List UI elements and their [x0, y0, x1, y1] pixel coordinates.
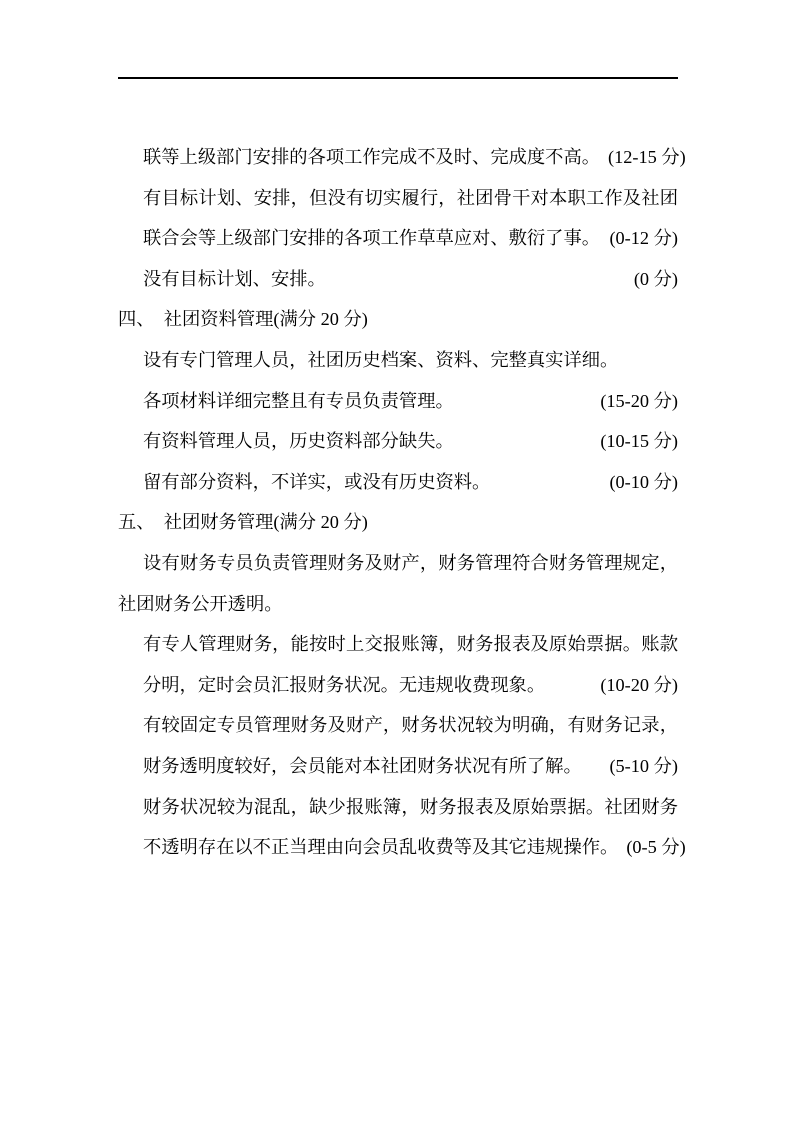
line-text: 分明，定时会员汇报财务状况。无违规收费现象。	[143, 665, 545, 706]
text-line: 没有目标计划、安排。(0 分)	[118, 259, 678, 300]
score-label: (12-15 分)	[608, 137, 686, 178]
header-rule	[118, 77, 678, 79]
line-text: 社团财务公开透明。	[118, 584, 283, 625]
line-text: 留有部分资料，不详实，或没有历史资料。	[143, 462, 490, 503]
line-text: 联合会等上级部门安排的各项工作草草应对、敷衍了事。	[143, 218, 600, 259]
line-text: 不透明存在以不正当理由向会员乱收费等及其它违规操作。	[143, 827, 618, 868]
line-text: 五、 社团财务管理(满分 20 分)	[118, 502, 368, 543]
document-page: 联等上级部门安排的各项工作完成不及时、完成度不高。(12-15 分)有目标计划、…	[0, 0, 793, 1122]
line-text: 有专人管理财务，能按时上交报账簿，财务报表及原始票据。账款	[143, 624, 678, 665]
text-line: 财务状况较为混乱，缺少报账簿，财务报表及原始票据。社团财务	[118, 787, 678, 828]
text-line: 财务透明度较好，会员能对本社团财务状况有所了解。(5-10 分)	[118, 746, 678, 787]
text-line: 联合会等上级部门安排的各项工作草草应对、敷衍了事。(0-12 分)	[118, 218, 678, 259]
line-text: 四、 社团资料管理(满分 20 分)	[118, 299, 368, 340]
text-line: 各项材料详细完整且有专员负责管理。(15-20 分)	[118, 381, 678, 422]
text-line: 留有部分资料，不详实，或没有历史资料。(0-10 分)	[118, 462, 678, 503]
line-text: 有目标计划、安排，但没有切实履行，社团骨干对本职工作及社团	[143, 178, 678, 219]
text-line: 有目标计划、安排，但没有切实履行，社团骨干对本职工作及社团	[118, 178, 678, 219]
line-text: 各项材料详细完整且有专员负责管理。	[143, 381, 454, 422]
score-label: (5-10 分)	[609, 746, 678, 787]
line-text: 没有目标计划、安排。	[143, 259, 326, 300]
text-line: 社团财务公开透明。	[118, 584, 678, 625]
text-line: 设有财务专员负责管理财务及财产，财务管理符合财务管理规定，	[118, 543, 678, 584]
section-heading: 五、 社团财务管理(满分 20 分)	[118, 502, 678, 543]
line-text: 有资料管理人员，历史资料部分缺失。	[143, 421, 454, 462]
line-text: 设有专门管理人员，社团历史档案、资料、完整真实详细。	[143, 340, 618, 381]
score-label: (10-15 分)	[600, 421, 678, 462]
score-label: (0-12 分)	[609, 218, 678, 259]
line-text: 财务状况较为混乱，缺少报账簿，财务报表及原始票据。社团财务	[143, 787, 678, 828]
text-line: 有资料管理人员，历史资料部分缺失。(10-15 分)	[118, 421, 678, 462]
text-line: 联等上级部门安排的各项工作完成不及时、完成度不高。(12-15 分)	[118, 137, 678, 178]
line-text: 财务透明度较好，会员能对本社团财务状况有所了解。	[143, 746, 582, 787]
section-heading: 四、 社团资料管理(满分 20 分)	[118, 299, 678, 340]
line-text: 联等上级部门安排的各项工作完成不及时、完成度不高。	[143, 137, 600, 178]
score-label: (0 分)	[634, 259, 678, 300]
line-text: 设有财务专员负责管理财务及财产，财务管理符合财务管理规定，	[143, 543, 678, 584]
score-label: (0-10 分)	[609, 462, 678, 503]
score-label: (15-20 分)	[600, 381, 678, 422]
line-text: 有较固定专员管理财务及财产，财务状况较为明确，有财务记录，	[143, 705, 678, 746]
text-line: 分明，定时会员汇报财务状况。无违规收费现象。(10-20 分)	[118, 665, 678, 706]
text-line: 设有专门管理人员，社团历史档案、资料、完整真实详细。	[118, 340, 678, 381]
text-line: 有较固定专员管理财务及财产，财务状况较为明确，有财务记录，	[118, 705, 678, 746]
text-line: 不透明存在以不正当理由向会员乱收费等及其它违规操作。(0-5 分)	[118, 827, 678, 868]
document-body: 联等上级部门安排的各项工作完成不及时、完成度不高。(12-15 分)有目标计划、…	[118, 137, 678, 868]
score-label: (0-5 分)	[626, 827, 685, 868]
text-line: 有专人管理财务，能按时上交报账簿，财务报表及原始票据。账款	[118, 624, 678, 665]
score-label: (10-20 分)	[600, 665, 678, 706]
